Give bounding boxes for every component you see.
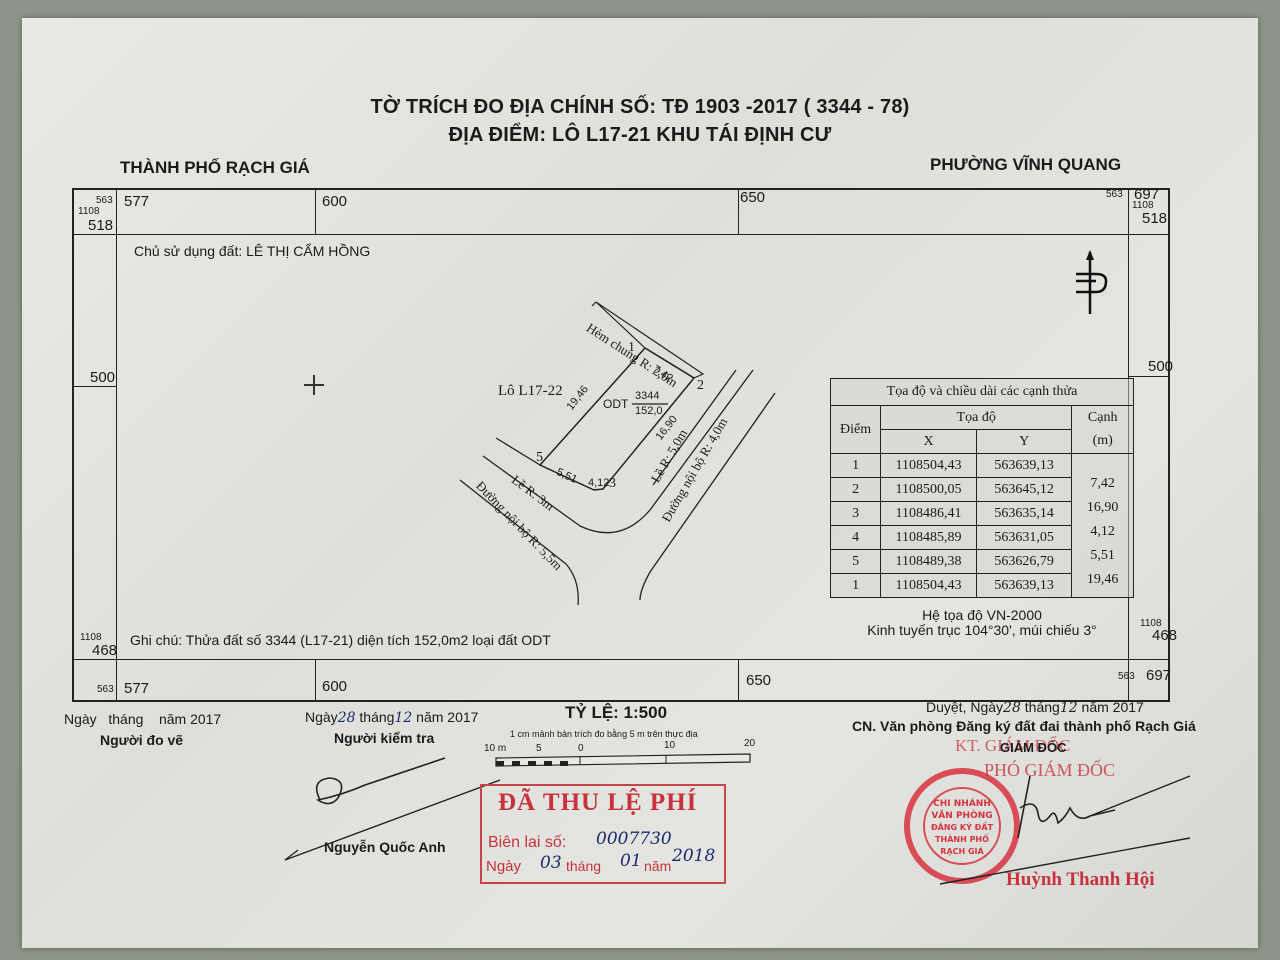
header-y: Y [976,430,1071,454]
fee-month-label: tháng [566,858,601,874]
office-name: CN. Văn phòng Đăng ký đất đai thành phố … [852,718,1196,734]
header-edge-unit: (m) [1072,430,1134,454]
edge-length: 7,42 [1072,476,1133,492]
cell: 1108489,38 [881,550,977,574]
checker-name: Nguyễn Quốc Anh [324,839,446,855]
cell: 3 [831,502,881,526]
director-title: GIÁM ĐỐC [1000,740,1066,755]
receipt-label: Biên lai số: [488,834,566,852]
fee-date-label: Ngày [486,858,521,875]
cell: 1108500,05 [881,478,977,502]
surveyor-title: Người đo vẽ [100,732,183,748]
point-label-5: 5 [536,450,543,466]
label: Duyệt, Ngày [926,699,1003,715]
handwritten-month: 12 [394,710,412,726]
header-coord: Tọa độ [881,406,1072,430]
table-row: 11108504,43563639,13 7,42 16,90 4,12 5,5… [831,454,1134,478]
cell: 563645,12 [976,478,1071,502]
cell: 1108504,43 [881,574,977,598]
edge-length: 16,90 [1072,500,1133,516]
cell: 5 [831,550,881,574]
checker-date: Ngày28 tháng12 năm 2017 [305,709,478,726]
parcel-note: Ghi chú: Thửa đất số 3344 (L17-21) diện … [130,632,551,648]
label: Ngày [305,709,338,725]
label: tháng [1025,699,1060,715]
cell: 563631,05 [976,526,1071,550]
fee-year-label: năm [644,858,671,874]
land-type-label: ODT [603,397,628,411]
cell: 563626,79 [976,550,1071,574]
cell: 1108485,89 [881,526,977,550]
fee-month: 01 [620,851,642,871]
label: tháng [359,709,394,725]
label: năm 2017 [416,709,478,725]
parcel-area: 152,0 [635,405,663,417]
fee-day: 03 [540,853,562,873]
cell: 2 [831,478,881,502]
handwritten-day: 28 [1003,700,1021,716]
scale-title: TỶ LỆ: 1:500 [565,703,667,723]
cell: 1 [831,454,881,478]
scale-tick: 10 [664,740,675,751]
cell: 1108504,43 [881,454,977,478]
point-label-3: 3 [609,476,616,492]
point-label-2: 2 [697,378,704,394]
scale-bar [494,752,756,772]
edge-label-3-4: 4,12 [588,477,609,489]
edge-length: 19,46 [1072,572,1133,588]
cell: 563635,14 [976,502,1071,526]
scale-note: 1 cm mảnh bản trích đo bằng 5 m trên thự… [510,729,698,739]
crs-line2: Kinh tuyến trục 104°30', múi chiếu 3° [830,622,1134,638]
receipt-number: 0007730 [596,829,672,849]
handwritten-month: 12 [1060,700,1078,716]
cell: 1 [831,574,881,598]
checker-title: Người kiểm tra [334,730,434,746]
approval-date: Duyệt, Ngày28 tháng12 năm 2017 [926,699,1144,716]
cell: 4 [831,526,881,550]
parcel-number: 3344 [635,390,659,402]
edge-length: 5,51 [1072,548,1133,564]
cell: 563639,13 [976,454,1071,478]
director-name: Huỳnh Thanh Hội [1006,869,1155,891]
handwritten-day: 28 [338,710,356,726]
header-edge: Cạnh [1072,406,1134,430]
cell: 1108486,41 [881,502,977,526]
crs-line1: Hệ tọa độ VN-2000 [830,607,1134,623]
coordinate-table: Tọa độ và chiều dài các cạnh thửa Điểm T… [830,378,1134,598]
edge-column: 7,42 16,90 4,12 5,51 19,46 [1072,454,1134,598]
surveyor-date: Ngày tháng năm 2017 [64,711,221,727]
neighbor-lot-label: Lô L17-22 [498,383,563,400]
header-x: X [881,430,977,454]
cell: 563639,13 [976,574,1071,598]
label: năm 2017 [1082,699,1144,715]
edge-length: 4,12 [1072,524,1133,540]
header-point: Điểm [831,406,881,454]
fee-year: 2018 [672,846,715,866]
scale-tick: 20 [744,738,755,749]
table-title: Tọa độ và chiều dài các cạnh thửa [831,379,1134,406]
fee-stamp-title: ĐÃ THU LỆ PHÍ [498,789,697,817]
